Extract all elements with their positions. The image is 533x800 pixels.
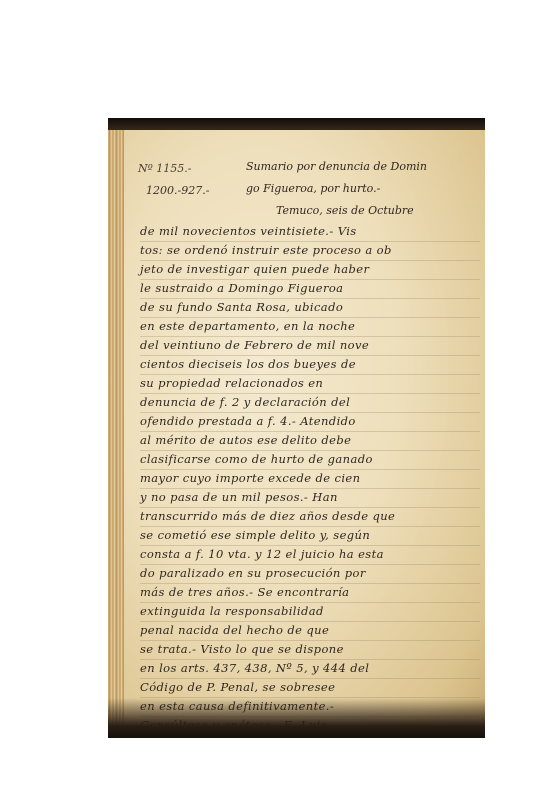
text-line: transcurrido más de diez años desde que [140,507,480,527]
text-line: se trata.- Visto lo que se dispone [140,640,480,660]
text-line: más de tres años.- Se encontraría [140,583,480,603]
text-line: de su fundo Santa Rosa, ubicado [140,298,480,318]
text-line: cientos dieciseis los dos bueyes de [140,355,480,375]
text-line: denuncia de f. 2 y declaración del [140,393,480,413]
text-line: en los arts. 437, 438, Nº 5, y 444 del [140,659,480,679]
margin-column: Nº 1155.- 1200.-927.- [136,152,241,212]
case-number: Nº 1155.- [138,162,192,175]
heading-line: go Figueroa, por hurto.- [246,182,380,195]
case-reference: 1200.-927.- [146,184,209,197]
document-photo: Nº 1155.- 1200.-927.- Sumario por denunc… [108,118,485,738]
heading-line: Sumario por denuncia de Domin [246,160,427,173]
text-line: extinguida la responsabilidad [140,602,480,622]
text-line: se cometió ese simple delito y, según [140,526,480,546]
ruled-area: Nº 1155.- 1200.-927.- Sumario por denunc… [136,152,466,712]
text-line: jeto de investigar quien puede haber [140,260,480,280]
text-line: del veintiuno de Febrero de mil nove [140,336,480,356]
text-line: de mil novecientos veintisiete.- Vis [140,222,480,242]
text-line: y no pasa de un mil pesos.- Han [140,488,480,508]
binding-shadow-bottom [108,698,485,738]
text-line: ofendido prestada a f. 4.- Atendido [140,412,480,432]
ledger-page: Nº 1155.- 1200.-927.- Sumario por denunc… [108,130,485,726]
text-line: penal nacida del hecho de que [140,621,480,641]
text-line: mayor cuyo importe excede de cien [140,469,480,489]
text-line: al mérito de autos ese delito debe [140,431,480,451]
page-stack-edges [108,130,124,726]
text-line: tos: se ordenó instruir este proceso a o… [140,241,480,261]
text-line: le sustraido a Domingo Figueroa [140,279,480,299]
text-line: su propiedad relacionados en [140,374,480,394]
heading-line: Temuco, seis de Octubre [276,204,414,217]
text-line: consta a f. 10 vta. y 12 el juicio ha es… [140,545,480,565]
text-line: Código de P. Penal, se sobresee [140,678,480,698]
text-line: clasificarse como de hurto de ganado [140,450,480,470]
text-line: do paralizado en su prosecución por [140,564,480,584]
text-line: en este departamento, en la noche [140,317,480,337]
